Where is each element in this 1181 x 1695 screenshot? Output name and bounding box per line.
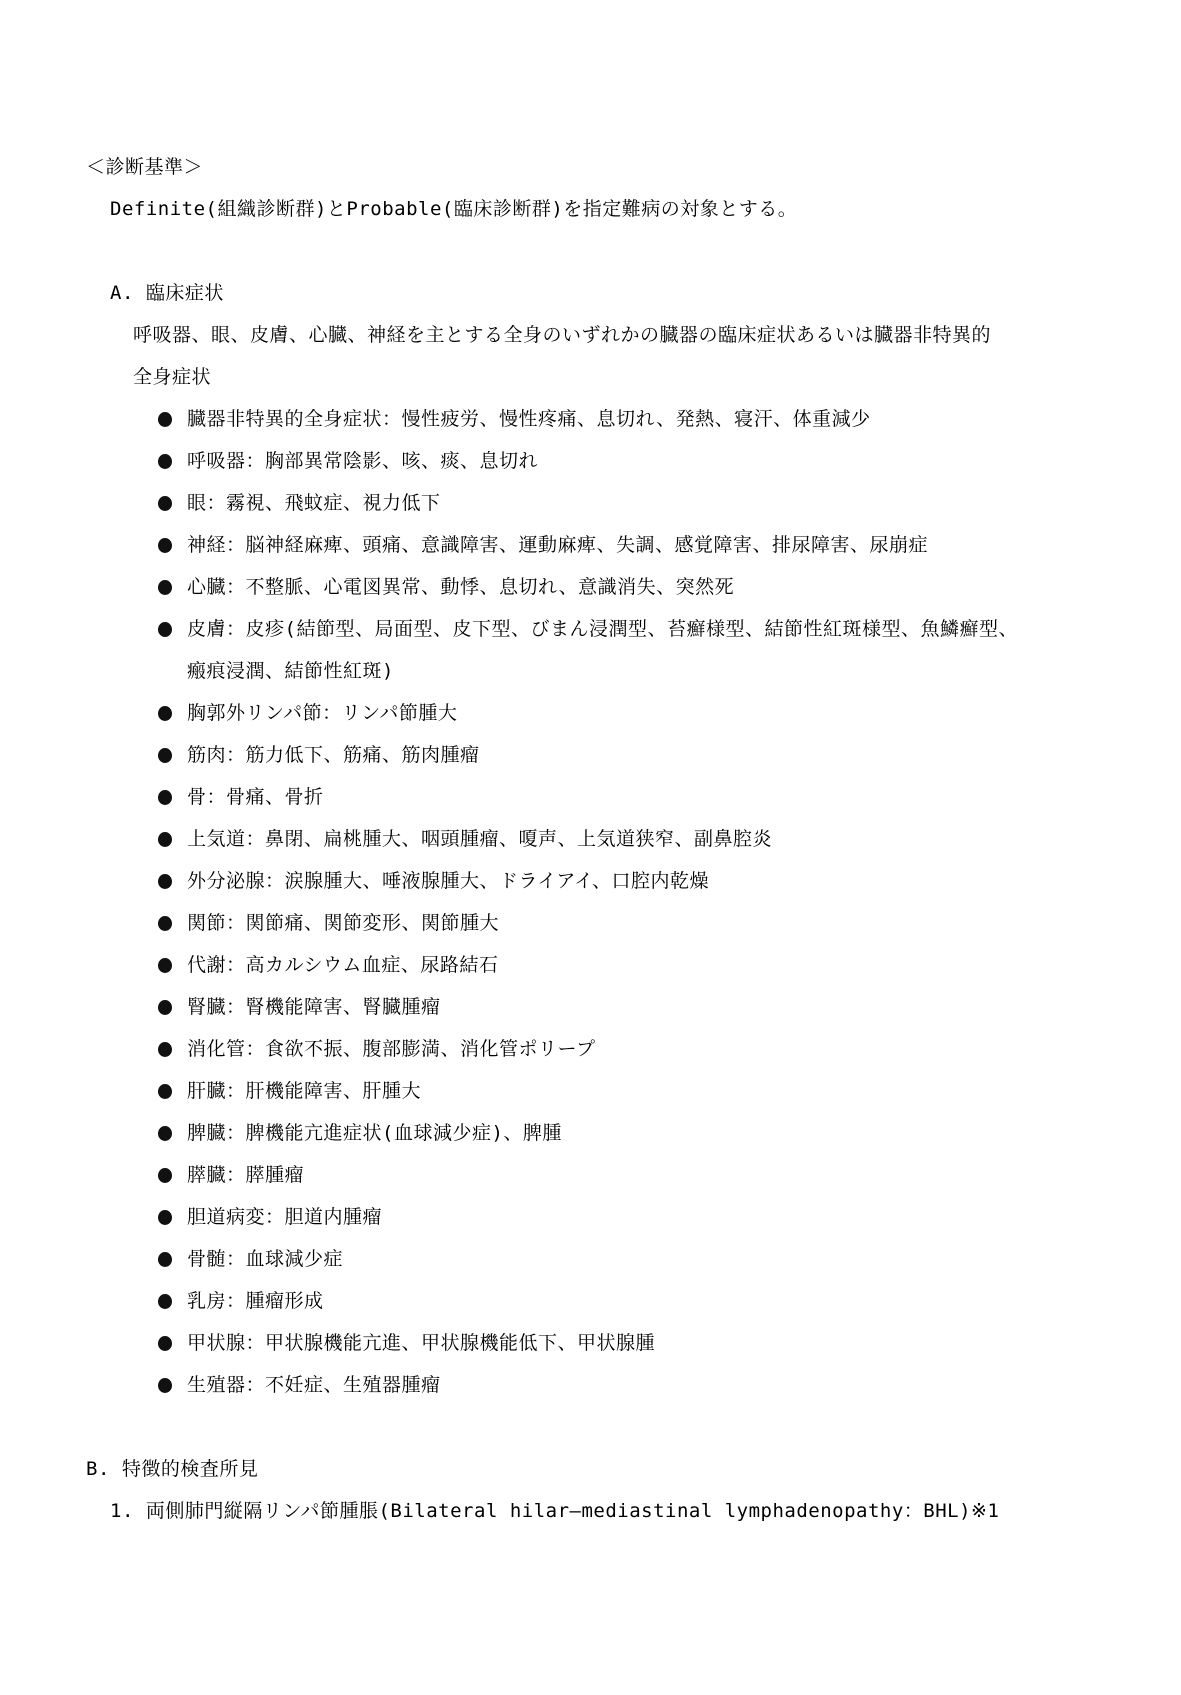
bullet-icon [158, 1168, 172, 1183]
bullet-icon [158, 496, 172, 511]
section-b-item-1: 1. 両側肺門縦隔リンパ節腫脹(Bilateral hilar—mediasti… [110, 1499, 999, 1523]
bullet-icon [158, 1084, 172, 1099]
bullet-icon [158, 1336, 172, 1351]
bullet-icon [158, 454, 172, 469]
intro-text: Definite(組織診断群)とProbable(臨床診断群)を指定難病の対象と… [110, 197, 797, 221]
criteria-heading: ＜診断基準＞ [86, 155, 203, 179]
bullet-icon [158, 580, 172, 595]
section-a-desc-line2: 全身症状 [133, 365, 211, 389]
bullet-icon [158, 916, 172, 931]
bullet-icon [158, 1294, 172, 1309]
section-b-title: B. 特徴的検査所見 [86, 1457, 258, 1481]
bullet-icon [158, 1252, 172, 1267]
bullet-icon [158, 958, 172, 973]
list-item-continuation: 瘢痕浸潤、結節性紅斑) [187, 659, 394, 683]
bullet-icon [158, 748, 172, 763]
bullet-icon [158, 1126, 172, 1141]
bullet-icon [158, 622, 172, 637]
bullet-icon [158, 412, 172, 427]
bullet-icon [158, 790, 172, 805]
bullet-icon [158, 706, 172, 721]
bullet-icon [158, 1378, 172, 1393]
bullet-icon [158, 832, 172, 847]
bullet-icon [158, 1210, 172, 1225]
section-a-title: A. 臨床症状 [110, 281, 224, 305]
bullet-icon [158, 874, 172, 889]
bullet-icon [158, 1000, 172, 1015]
bullet-icon [158, 538, 172, 553]
bullet-icon [158, 1042, 172, 1057]
section-a-desc-line1: 呼吸器、眼、皮膚、心臓、神経を主とする全身のいずれかの臓器の臨床症状あるいは臓器… [133, 323, 991, 347]
